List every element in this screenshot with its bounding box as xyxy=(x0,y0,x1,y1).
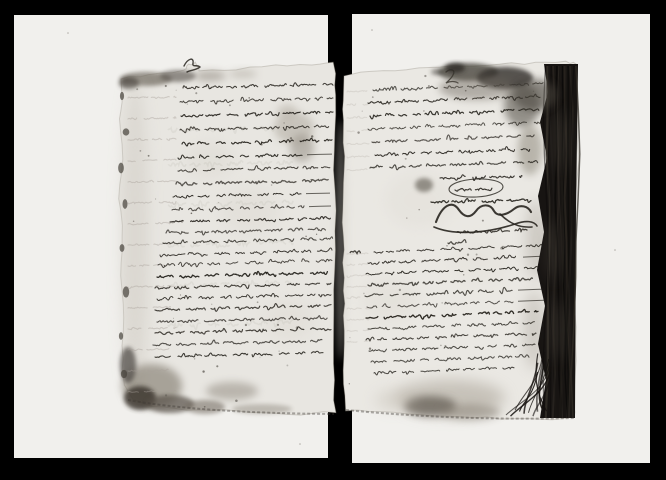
right-page xyxy=(335,61,580,420)
manuscript-spread: Grayscale archival scan of a double-page… xyxy=(0,0,666,480)
scan-viewport: Grayscale archival scan of a double-page… xyxy=(0,0,666,480)
left-page xyxy=(118,59,336,415)
